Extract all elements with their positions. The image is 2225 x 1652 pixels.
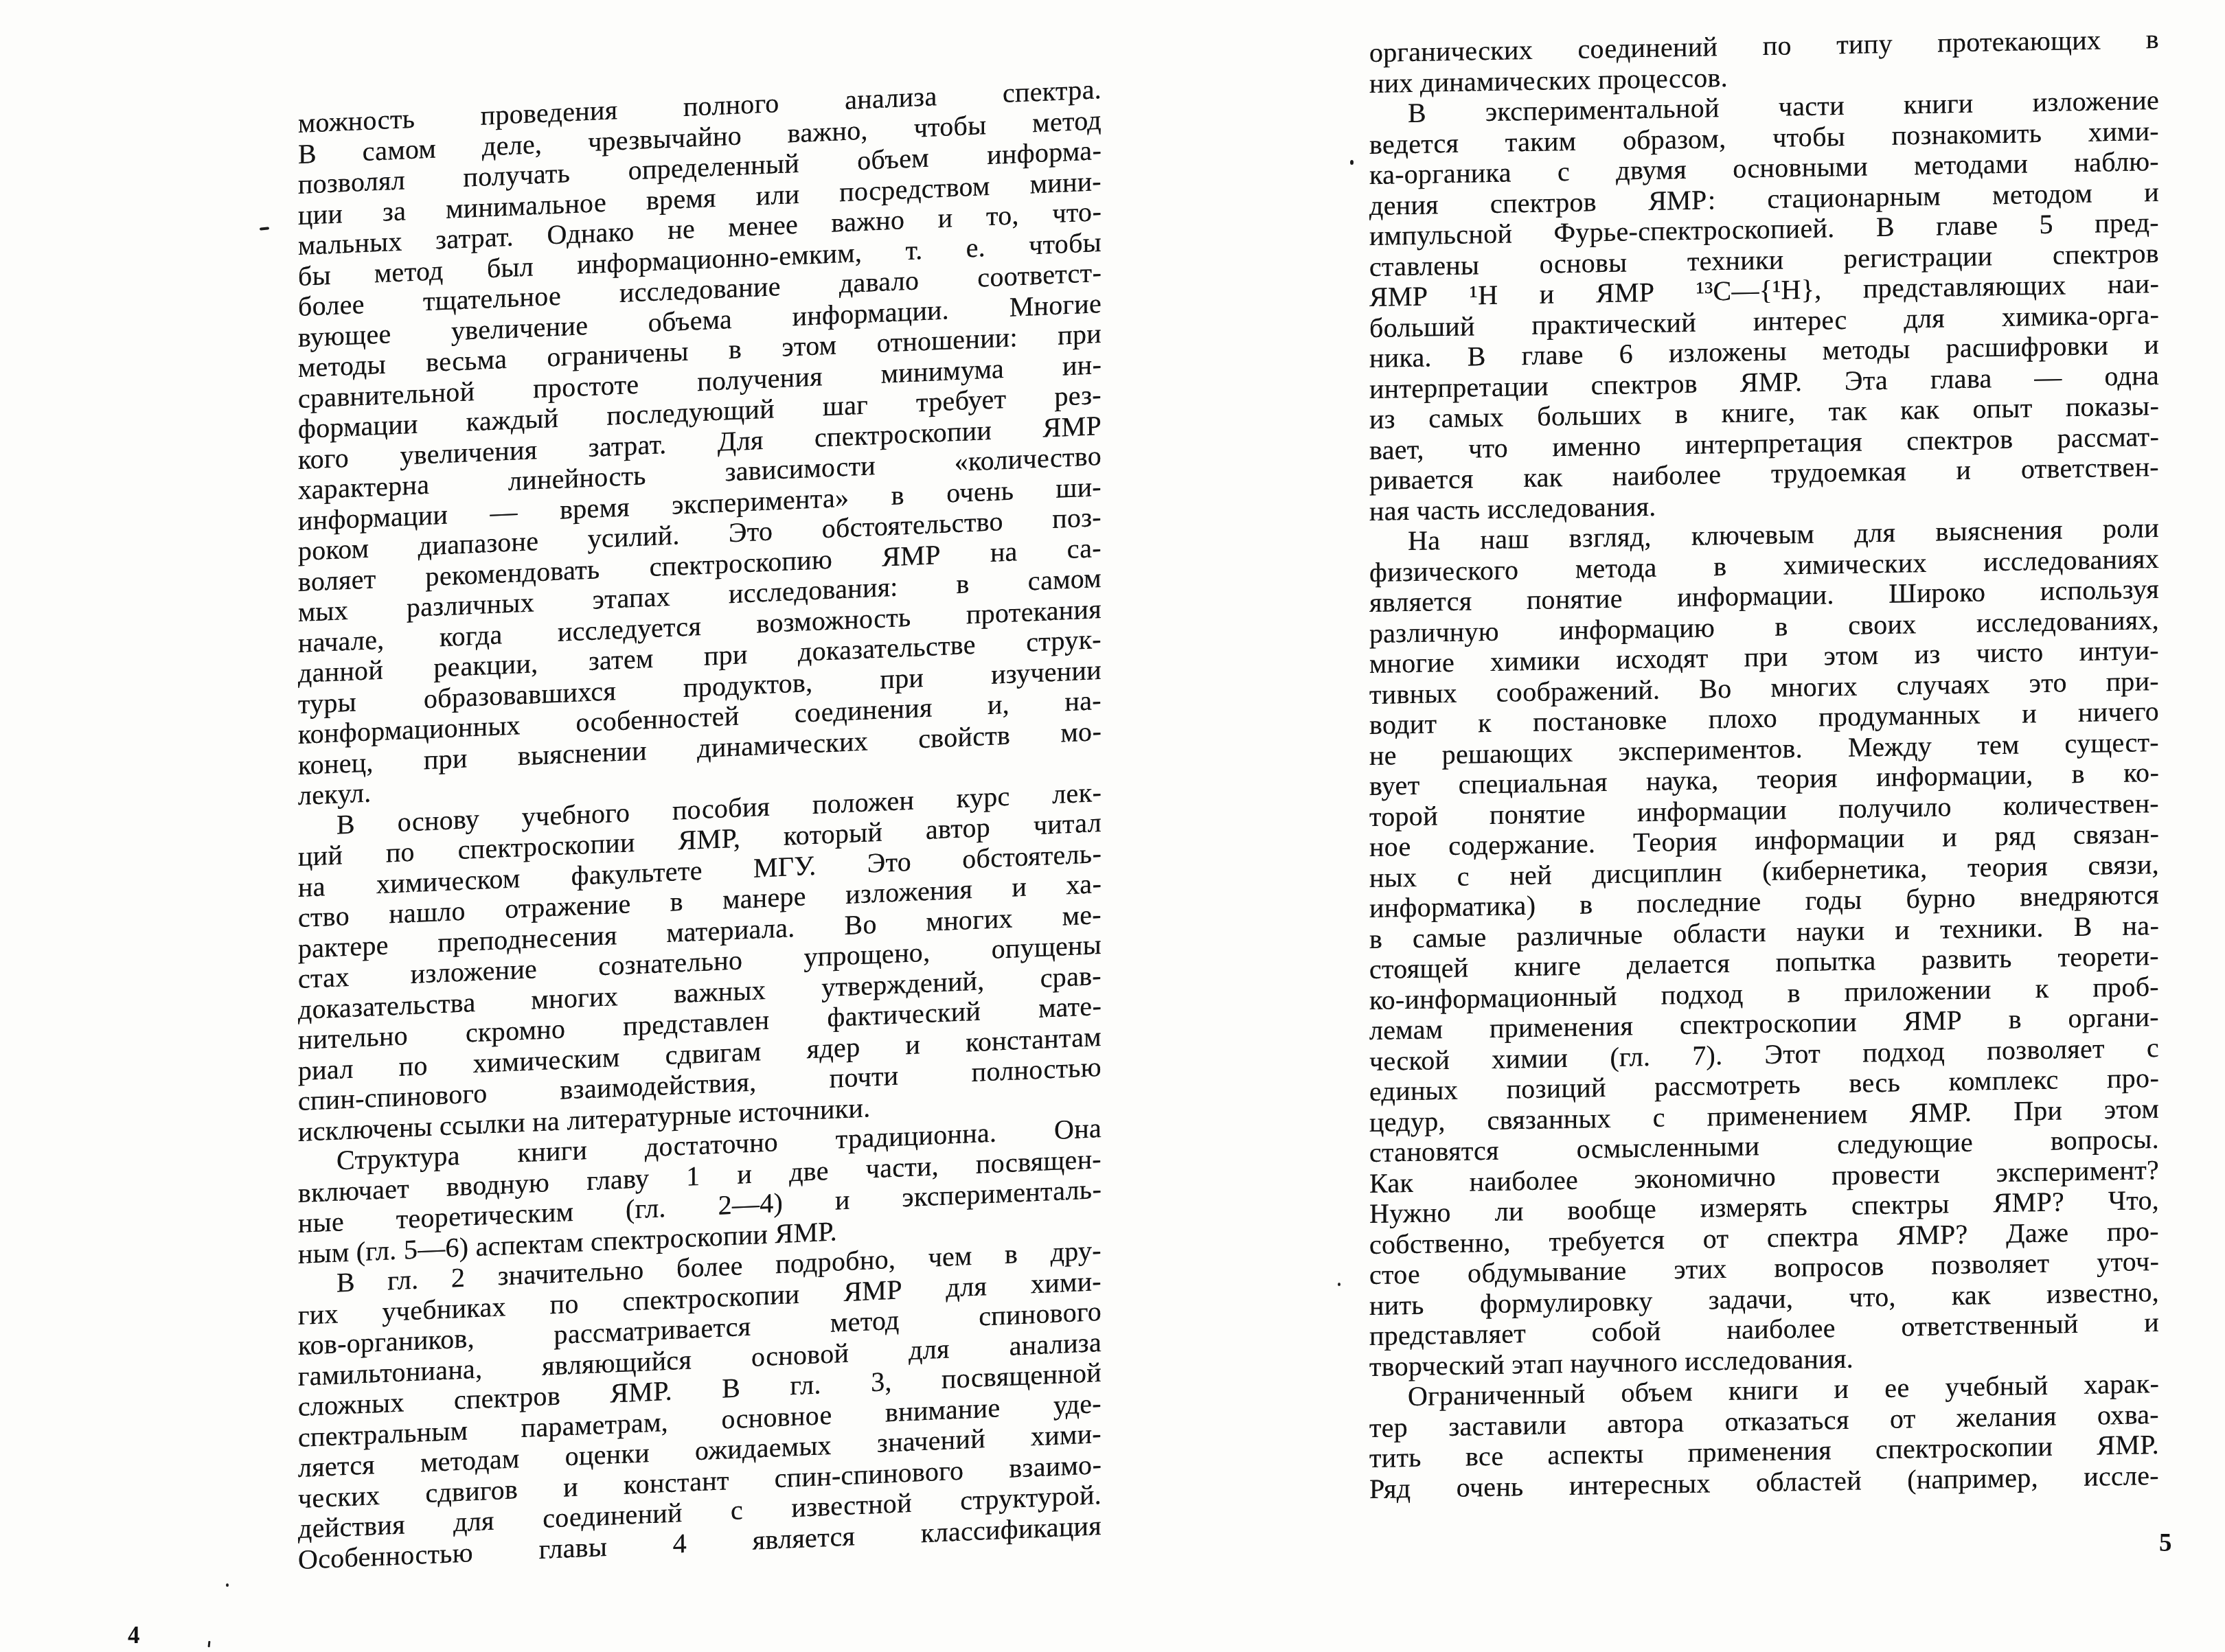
book-spread: можность проведения полного анализа спек… [0,0,2225,1652]
right-page-text: органических соединений по типу протекаю… [1369,24,2159,1504]
right-page-number: 5 [2159,1528,2172,1558]
scanned-book-spread: { "colors": { "paper": "#fdfdfb", "ink":… [0,0,2225,1652]
ink-speck [208,1641,211,1647]
ink-speck [226,1583,229,1587]
left-page-text: можность проведения полного анализа спек… [298,74,1102,1575]
ink-speck [1338,1283,1340,1286]
ink-speck [260,227,269,231]
left-page-number: 4 [128,1622,140,1649]
ink-speck [1350,160,1354,165]
